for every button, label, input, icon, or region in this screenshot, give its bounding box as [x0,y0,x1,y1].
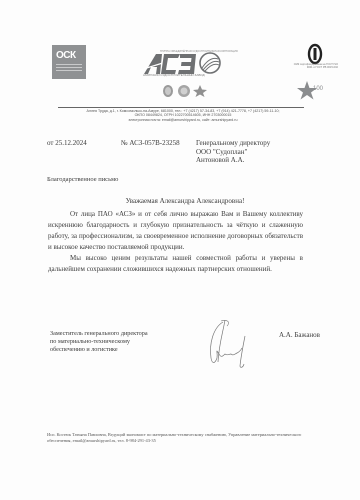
letter-number: № АСЗ-057В-23258 [121,139,180,147]
signer-name: А.А. Бажанов [279,331,320,339]
addressee: Генеральному директору ООО "Судоплан" Ан… [196,139,270,165]
signer-title-line: обеспечению и логистике [50,346,180,354]
handwritten-signature [205,318,250,370]
body-paragraph: От лица ПАО «АСЗ» и от себя лично выража… [48,209,303,253]
certification-logo [304,43,326,65]
address-line: электронная почта: email@amurshipyard.ru… [58,118,308,122]
letter-body: От лица ПАО «АСЗ» и от себя лично выража… [48,209,303,275]
letter-date: от 25.12.2024 [47,139,87,147]
addressee-line: ООО "Судоплан" [196,148,270,157]
award-medals-icon [160,84,220,98]
document-type: Благодарственное письмо [47,176,118,183]
signer-title: Заместитель генерального директора по ма… [50,330,180,354]
executor-note: Исп. Костюк Татьяна Павловна, Ведущий эк… [47,432,317,443]
anniversary-label: 100 [313,86,324,92]
osk-logo-subtitle [56,64,82,72]
header-divider [58,107,304,108]
signer-title-line: Заместитель генерального директора [50,330,180,338]
addressee-line: Генеральному директору [196,139,270,148]
anniversary-star-icon: 100 [295,80,325,100]
addressee-line: Антоновой А.А. [196,156,270,165]
asz-caption: АМУРСКИЙ СУДОСТРОИТЕЛЬНЫЙ ЗАВОД [143,73,233,77]
osk-logo: ОСК [52,45,86,79]
company-address: Аллея Труда, д.1, г. Комсомольск-на-Амур… [58,109,308,122]
salutation: Уважаемая Александра Александровна! [30,197,340,205]
signer-title-line: по материально-техническому [50,338,180,346]
body-paragraph: Мы высоко ценим результаты нашей совмест… [48,253,303,275]
certification-caption: СМК сертифицирована на ГОСТ ISO 9001 и Г… [292,63,338,70]
osk-logo-text: ОСК [56,50,76,61]
